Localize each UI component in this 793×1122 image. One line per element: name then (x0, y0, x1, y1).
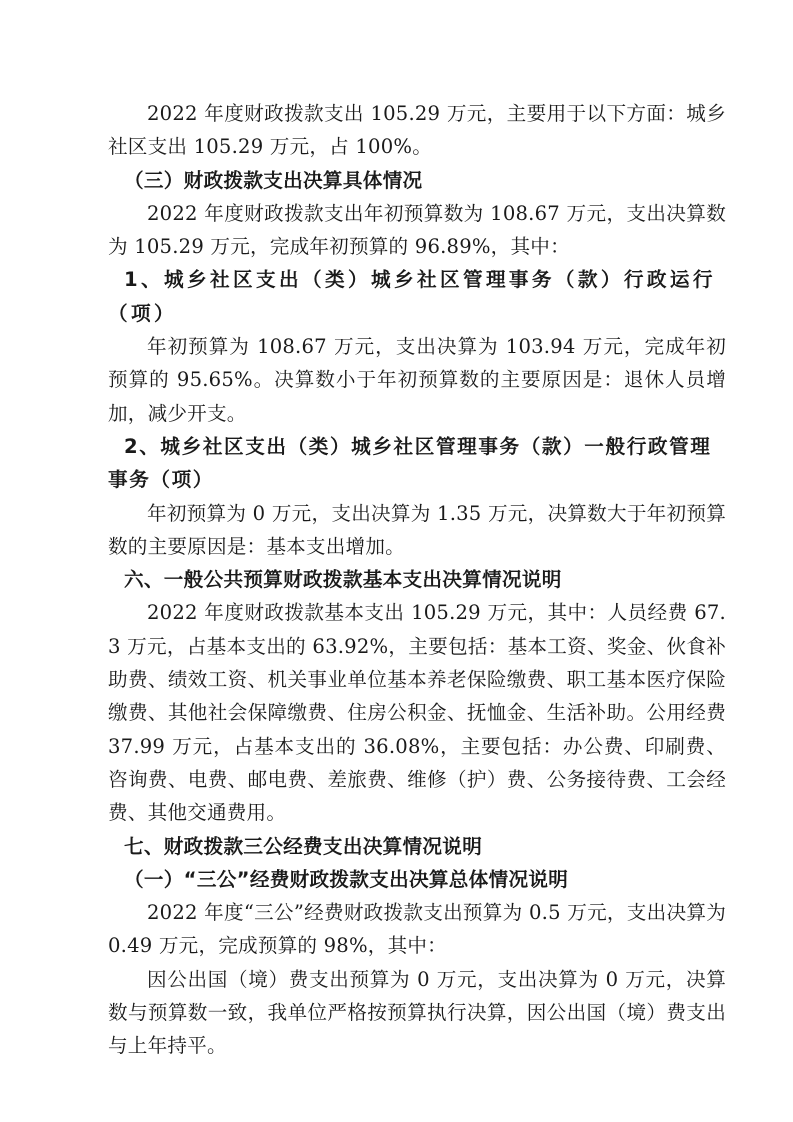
heading-section-7-three-public-expenses: 七、财政拨款三公经费支出决算情况说明 (108, 830, 726, 863)
heading-three-public-overall: （一）“三公”经费财政拨款支出决算总体情况说明 (108, 863, 726, 896)
paragraph-item-1-details: 年初预算为 108.67 万元，支出决算为 103.94 万元，完成年初预算的 … (108, 330, 726, 430)
paragraph-appropriation-expenditure-summary: 2022 年度财政拨款支出 105.29 万元，主要用于以下方面：城乡社区支出 … (108, 97, 726, 164)
heading-item-2-general-administration: 2、城乡社区支出（类）城乡社区管理事务（款）一般行政管理事务（项） (108, 430, 726, 497)
paragraph-item-2-details: 年初预算为 0 万元，支出决算为 1.35 万元，决算数大于年初预算数的主要原因… (108, 497, 726, 564)
paragraph-basic-expenditure-details: 2022 年度财政拨款基本支出 105.29 万元，其中：人员经费 67.3 万… (108, 596, 726, 829)
paragraph-three-public-budget: 2022 年度“三公”经费财政拨款支出预算为 0.5 万元，支出决算为 0.49… (108, 896, 726, 963)
paragraph-overseas-travel-expense: 因公出国（境）费支出预算为 0 万元，支出决算为 0 万元，决算数与预算数一致，… (108, 963, 726, 1063)
document-page: 2022 年度财政拨款支出 105.29 万元，主要用于以下方面：城乡社区支出 … (108, 97, 726, 1063)
paragraph-budget-completion: 2022 年度财政拨款支出年初预算数为 108.67 万元，支出决算数为 105… (108, 197, 726, 264)
heading-item-1-administrative-operation: 1、城乡社区支出（类）城乡社区管理事务（款）行政运行（项） (108, 263, 726, 330)
heading-appropriation-expenditure-details: （三）财政拨款支出决算具体情况 (108, 164, 726, 197)
heading-section-6-basic-expenditure: 六、一般公共预算财政拨款基本支出决算情况说明 (108, 563, 726, 596)
